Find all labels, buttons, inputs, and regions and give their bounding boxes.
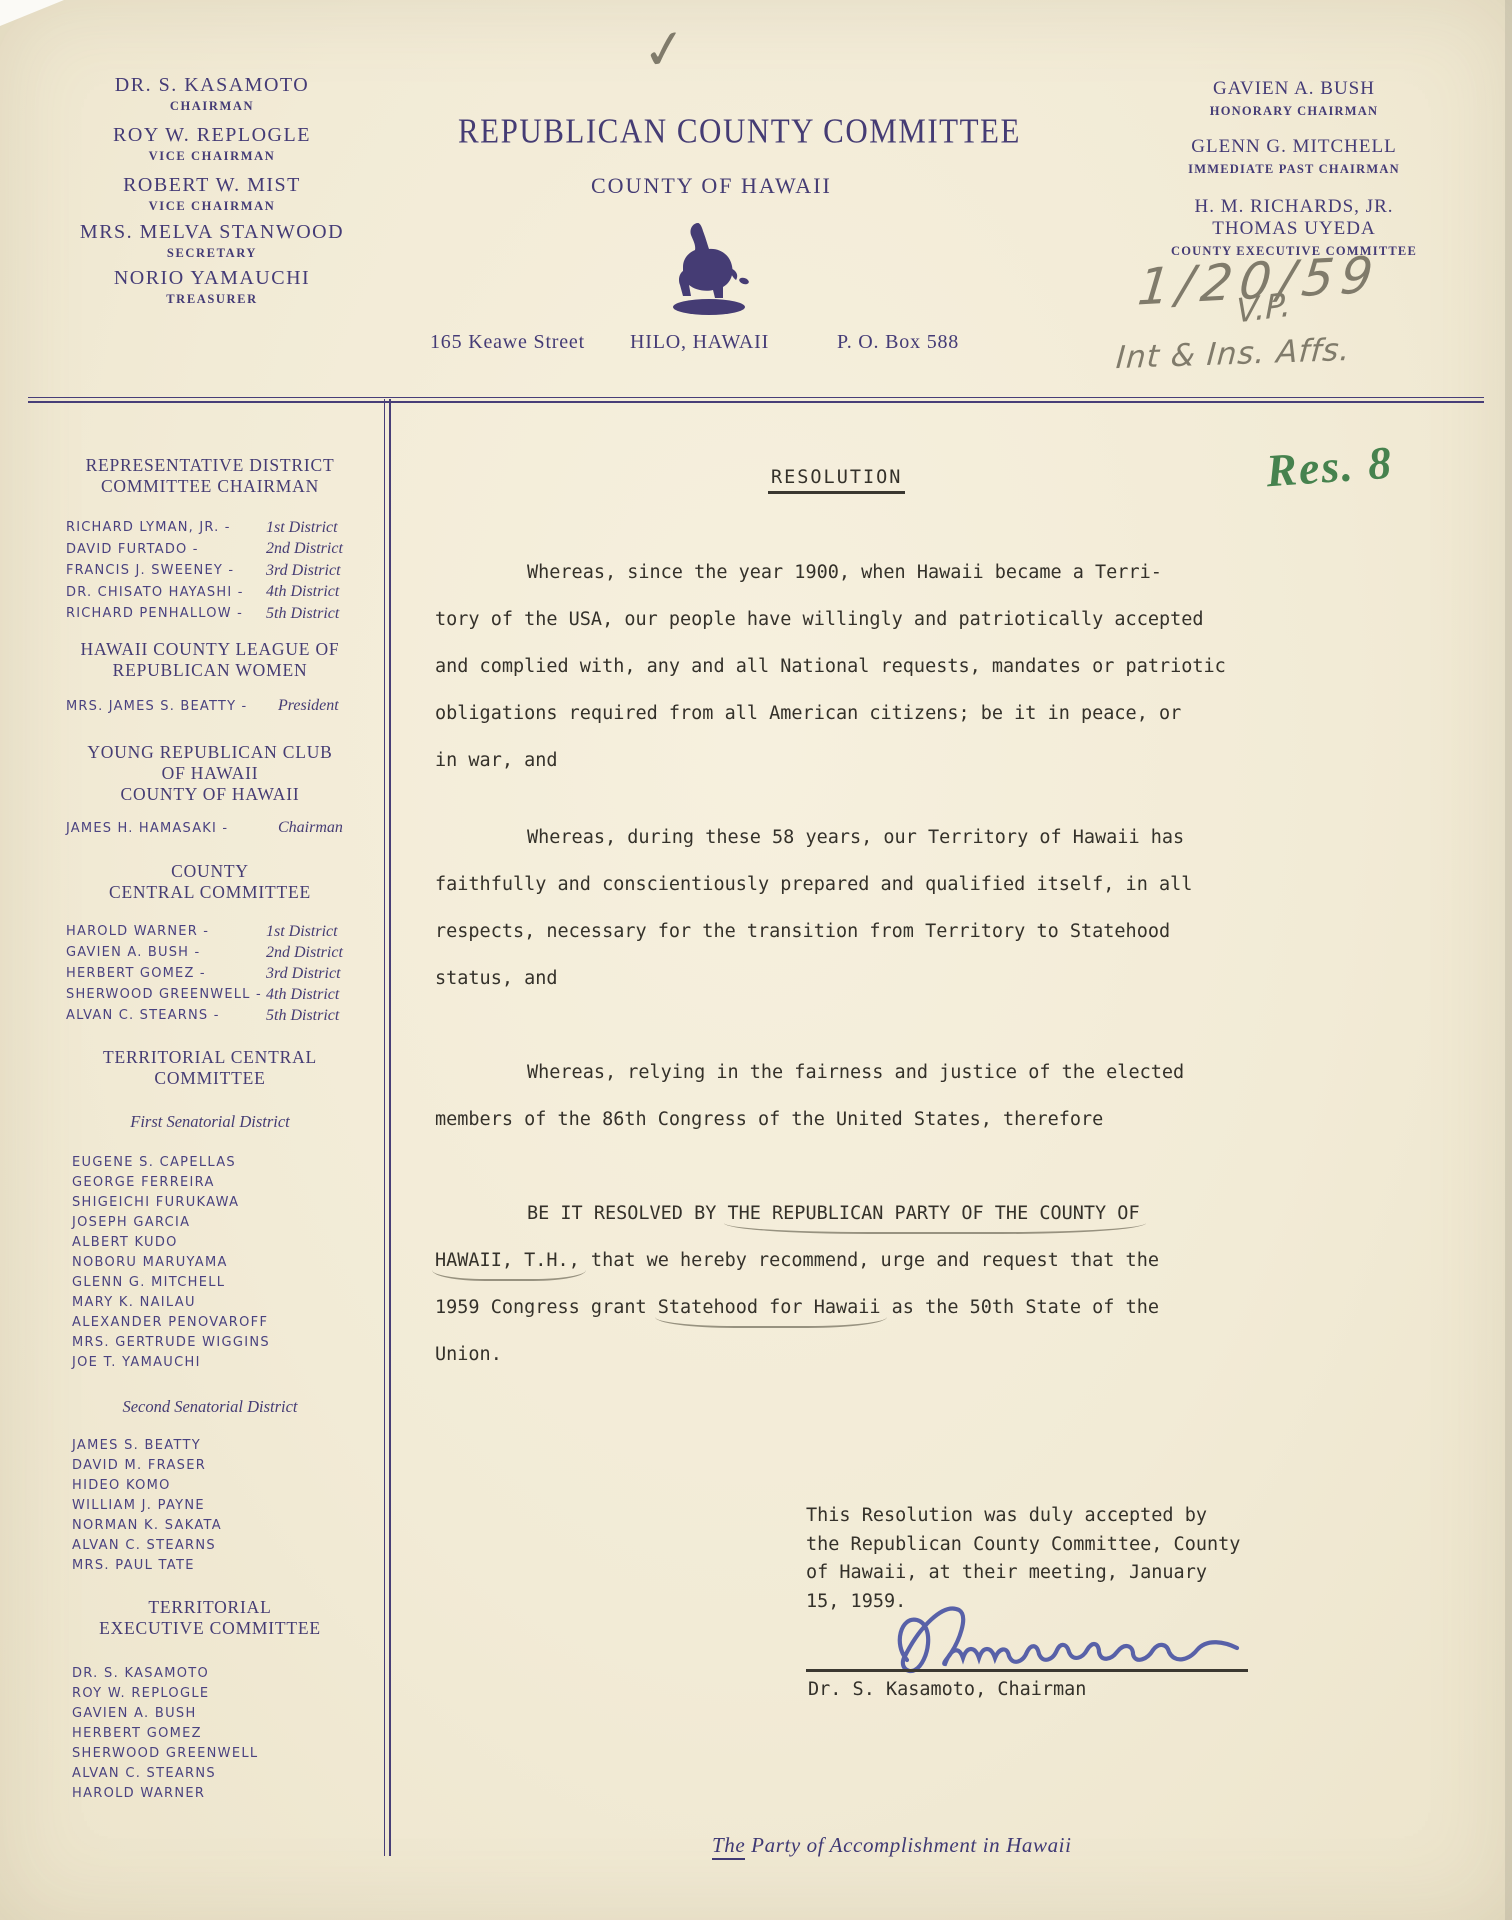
member-name: MARY K. NAILAU	[30, 1292, 390, 1312]
member-name: SHERWOOD GREENWELL	[30, 1743, 390, 1763]
typed-line: members of the 86th Congress of the Unit…	[435, 1096, 1245, 1143]
officer-entry: GAVIEN A. BUSH HONORARY CHAIRMAN	[1128, 78, 1460, 120]
member-name: MRS. GERTRUDE WIGGINS	[30, 1332, 390, 1352]
member-name: HAROLD WARNER -	[66, 924, 266, 939]
member-name: JOE T. YAMAUCHI	[30, 1352, 390, 1372]
sidebar-league-row: MRS. JAMES S. BEATTY -President	[30, 695, 390, 717]
officer-title: VICE CHAIRMAN	[40, 197, 384, 216]
member-name: ALVAN C. STEARNS	[30, 1763, 390, 1783]
heading-line: COMMITTEE CHAIRMAN	[30, 476, 390, 497]
member-name: FRANCIS J. SWEENEY -	[66, 563, 266, 578]
officer-entry: ROY W. REPLOGLE VICE CHAIRMAN	[40, 123, 384, 166]
member-name: MRS. JAMES S. BEATTY -	[66, 699, 278, 714]
district-label: 4th District	[266, 986, 339, 1004]
member-name: HAROLD WARNER	[30, 1783, 390, 1803]
typed-text: BE IT RESOLVED BY	[527, 1203, 727, 1224]
member-name: SHIGEICHI FURUKAWA	[30, 1192, 390, 1212]
member-name: NORMAN K. SAKATA	[30, 1515, 390, 1535]
document-page: ✓ DR. S. KASAMOTO CHAIRMAN ROY W. REPLOG…	[0, 0, 1512, 1920]
committee-subtitle: COUNTY OF HAWAII	[591, 173, 832, 199]
sidebar-heading-young-republican: YOUNG REPUBLICAN CLUB OF HAWAII COUNTY O…	[30, 742, 390, 805]
district-label: 3rd District	[266, 965, 341, 983]
member-name: DR. S. KASAMOTO	[30, 1663, 390, 1683]
typed-text: 1959 Congress grant	[435, 1297, 658, 1318]
elephant-logo-icon	[668, 220, 752, 316]
typed-line: BE IT RESOLVED BY THE REPUBLICAN PARTY O…	[435, 1190, 1245, 1237]
heading-line: HAWAII COUNTY LEAGUE OF	[30, 639, 390, 660]
district-label: 3rd District	[266, 562, 341, 580]
member-name: EUGENE S. CAPELLAS	[30, 1152, 390, 1172]
typed-line: of Hawaii, at their meeting, January	[806, 1559, 1276, 1588]
district-row: FRANCIS J. SWEENEY -3rd District	[30, 560, 390, 582]
paragraph-1: Whereas, since the year 1900, when Hawai…	[435, 549, 1245, 784]
officer-name: GLENN G. MITCHELL	[1128, 136, 1460, 158]
typed-line: Whereas, relying in the fairness and jus…	[435, 1049, 1245, 1096]
signatory-name: Dr. S. Kasamoto, Chairman	[808, 1677, 1086, 1703]
heading-line: TERRITORIAL CENTRAL	[30, 1047, 390, 1068]
member-name: MRS. PAUL TATE	[30, 1555, 390, 1575]
member-name: GAVIEN A. BUSH -	[66, 945, 266, 960]
heading-line: REPUBLICAN WOMEN	[30, 660, 390, 681]
sidebar-yrc-row: JAMES H. HAMASAKI -Chairman	[30, 817, 390, 839]
district-row: RICHARD LYMAN, JR. -1st District	[30, 517, 390, 539]
officer-entry: GLENN G. MITCHELL IMMEDIATE PAST CHAIRMA…	[1128, 136, 1460, 178]
officer-entry: ROBERT W. MIST VICE CHAIRMAN	[40, 173, 384, 216]
district-label: 2nd District	[266, 540, 343, 558]
officer-name: NORIO YAMAUCHI	[40, 266, 384, 290]
sidebar-representative-rows: RICHARD LYMAN, JR. -1st District DAVID F…	[30, 517, 390, 625]
officer-title: SECRETARY	[40, 244, 384, 263]
district-row: DR. CHISATO HAYASHI -4th District	[30, 582, 390, 604]
officer-title: VICE CHAIRMAN	[40, 147, 384, 166]
signature-rule	[806, 1669, 1248, 1672]
member-name: GLENN G. MITCHELL	[30, 1272, 390, 1292]
member-name: ALEXANDER PENOVAROFF	[30, 1312, 390, 1332]
heading-line: COUNTY OF HAWAII	[30, 784, 390, 805]
motto-underlined-word: The	[712, 1833, 745, 1860]
officer-row: MRS. JAMES S. BEATTY -President	[30, 695, 390, 717]
resolution-number-annotation: Res. 8	[1264, 436, 1394, 498]
left-officers: DR. S. KASAMOTO CHAIRMAN ROY W. REPLOGLE…	[40, 0, 384, 330]
first-senatorial-label: First Senatorial District	[30, 1111, 390, 1133]
officer-name: ROY W. REPLOGLE	[40, 123, 384, 147]
pencil-underlined-text: Statehood for Hawaii	[658, 1297, 881, 1318]
paragraph-3: Whereas, relying in the fairness and jus…	[435, 1049, 1245, 1143]
typed-line: tory of the USA, our people have willing…	[435, 596, 1245, 643]
member-name: HERBERT GOMEZ	[30, 1723, 390, 1743]
member-name: ALVAN C. STEARNS	[30, 1535, 390, 1555]
address-city: HILO, HAWAII	[630, 331, 769, 354]
scan-edge	[1505, 0, 1512, 1920]
typed-line: faithfully and conscientiously prepared …	[435, 861, 1245, 908]
pencil-underlined-text: HAWAII, T.H.,	[435, 1250, 580, 1271]
member-name: JOSEPH GARCIA	[30, 1212, 390, 1232]
heading-line: OF HAWAII	[30, 763, 390, 784]
district-row: HERBERT GOMEZ -3rd District	[30, 963, 390, 984]
officer-name: GAVIEN A. BUSH	[1128, 78, 1460, 100]
horizontal-rule	[28, 397, 1484, 403]
second-senatorial-names: JAMES S. BEATTY DAVID M. FRASER HIDEO KO…	[30, 1435, 390, 1575]
role-label: President	[278, 697, 339, 715]
member-name: ALVAN C. STEARNS -	[66, 1008, 266, 1023]
member-name: ALBERT KUDO	[30, 1232, 390, 1252]
officer-name: MRS. MELVA STANWOOD	[40, 220, 384, 244]
first-senatorial-names: EUGENE S. CAPELLAS GEORGE FERREIRA SHIGE…	[30, 1152, 390, 1372]
typed-text: as the 50th State of the	[881, 1297, 1159, 1318]
typed-line: status, and	[435, 955, 1245, 1002]
typed-line: respects, necessary for the transition f…	[435, 908, 1245, 955]
member-name: GEORGE FERREIRA	[30, 1172, 390, 1192]
member-name: HIDEO KOMO	[30, 1475, 390, 1495]
typed-line: HAWAII, T.H., that we hereby recommend, …	[435, 1237, 1245, 1284]
member-name: ROY W. REPLOGLE	[30, 1683, 390, 1703]
heading-line: CENTRAL COMMITTEE	[30, 882, 390, 903]
member-name: GAVIEN A. BUSH	[30, 1703, 390, 1723]
handwritten-vp-note: V.P.	[1236, 284, 1291, 330]
district-label: 1st District	[266, 923, 338, 941]
member-name: DAVID M. FRASER	[30, 1455, 390, 1475]
officer-title: CHAIRMAN	[40, 97, 384, 116]
typed-line: the Republican County Committee, County	[806, 1531, 1276, 1560]
committee-title: REPUBLICAN COUNTY COMMITTEE	[458, 111, 1021, 151]
district-row: GAVIEN A. BUSH -2nd District	[30, 942, 390, 963]
sidebar-heading-territorial-central: TERRITORIAL CENTRAL COMMITTEE	[30, 1047, 390, 1089]
typed-line: 1959 Congress grant Statehood for Hawaii…	[435, 1284, 1245, 1331]
officer-name: ROBERT W. MIST	[40, 173, 384, 197]
second-senatorial-label: Second Senatorial District	[30, 1396, 390, 1418]
pencil-underlined-text: THE REPUBLICAN PARTY OF THE COUNTY OF	[727, 1203, 1139, 1224]
district-row: RICHARD PENHALLOW -5th District	[30, 603, 390, 625]
sidebar-heading-representative: REPRESENTATIVE DISTRICT COMMITTEE CHAIRM…	[30, 455, 390, 497]
officer-name: THOMAS UYEDA	[1128, 218, 1460, 240]
typed-text: that we hereby recommend, urge and reque…	[580, 1250, 1159, 1271]
member-name: JAMES H. HAMASAKI -	[66, 821, 278, 836]
sidebar-heading-county-central: COUNTY CENTRAL COMMITTEE	[30, 861, 390, 903]
district-label: 2nd District	[266, 944, 343, 962]
typed-line: Whereas, during these 58 years, our Terr…	[435, 814, 1245, 861]
member-name: RICHARD PENHALLOW -	[66, 606, 266, 621]
officer-title: HONORARY CHAIRMAN	[1128, 102, 1460, 120]
role-label: Chairman	[278, 819, 343, 837]
officer-entry: MRS. MELVA STANWOOD SECRETARY	[40, 220, 384, 263]
member-name: JAMES S. BEATTY	[30, 1435, 390, 1455]
district-row: DAVID FURTADO -2nd District	[30, 539, 390, 561]
party-motto: The Party of Accomplishment in Hawaii	[712, 1833, 1072, 1858]
heading-line: REPRESENTATIVE DISTRICT	[30, 455, 390, 476]
executive-committee-names: DR. S. KASAMOTO ROY W. REPLOGLE GAVIEN A…	[30, 1663, 390, 1803]
handwritten-office-note: Int & Ins. Affs.	[1115, 332, 1352, 376]
district-row: SHERWOOD GREENWELL -4th District	[30, 984, 390, 1005]
heading-line: COUNTY	[30, 861, 390, 882]
heading-line: YOUNG REPUBLICAN CLUB	[30, 742, 390, 763]
district-row: ALVAN C. STEARNS -5th District	[30, 1005, 390, 1026]
motto-text: Party of Accomplishment in Hawaii	[745, 1833, 1071, 1857]
typed-line: Whereas, since the year 1900, when Hawai…	[435, 549, 1245, 596]
typed-line: Union.	[435, 1331, 1245, 1378]
sidebar-county-rows: HAROLD WARNER -1st District GAVIEN A. BU…	[30, 921, 390, 1026]
officer-name: H. M. RICHARDS, JR.	[1128, 196, 1460, 218]
typed-line: and complied with, any and all National …	[435, 643, 1245, 690]
address-pobox: P. O. Box 588	[837, 331, 959, 354]
officer-title: TREASURER	[40, 290, 384, 309]
heading-line: COMMITTEE	[30, 1068, 390, 1089]
officer-row: JAMES H. HAMASAKI -Chairman	[30, 817, 390, 839]
district-row: HAROLD WARNER -1st District	[30, 921, 390, 942]
sidebar-heading-league: HAWAII COUNTY LEAGUE OF REPUBLICAN WOMEN	[30, 639, 390, 681]
member-name: RICHARD LYMAN, JR. -	[66, 520, 266, 535]
district-label: 1st District	[266, 519, 338, 537]
district-label: 5th District	[266, 605, 339, 623]
heading-line: TERRITORIAL	[30, 1597, 390, 1618]
heading-line: EXECUTIVE COMMITTEE	[30, 1618, 390, 1639]
district-label: 4th District	[266, 583, 339, 601]
sidebar-heading-territorial-executive: TERRITORIAL EXECUTIVE COMMITTEE	[30, 1597, 390, 1639]
officer-title: IMMEDIATE PAST CHAIRMAN	[1128, 160, 1460, 178]
officer-name: DR. S. KASAMOTO	[40, 73, 384, 97]
typed-line: This Resolution was duly accepted by	[806, 1502, 1276, 1531]
member-name: HERBERT GOMEZ -	[66, 966, 266, 981]
district-label: 5th District	[266, 1007, 339, 1025]
member-name: WILLIAM J. PAYNE	[30, 1495, 390, 1515]
member-name: NOBORU MARUYAMA	[30, 1252, 390, 1272]
member-name: DAVID FURTADO -	[66, 542, 266, 557]
paragraph-2: Whereas, during these 58 years, our Terr…	[435, 814, 1245, 1002]
member-name: SHERWOOD GREENWELL -	[66, 987, 266, 1002]
officer-entry: DR. S. KASAMOTO CHAIRMAN	[40, 73, 384, 116]
pencil-checkmark: ✓	[638, 15, 692, 84]
paragraph-resolved: BE IT RESOLVED BY THE REPUBLICAN PARTY O…	[435, 1190, 1245, 1378]
typed-line: in war, and	[435, 737, 1245, 784]
member-name: DR. CHISATO HAYASHI -	[66, 585, 266, 600]
typed-line: obligations required from all American c…	[435, 690, 1245, 737]
officer-entry: NORIO YAMAUCHI TREASURER	[40, 266, 384, 309]
resolution-title: RESOLUTION	[768, 467, 905, 494]
address-street: 165 Keawe Street	[430, 331, 585, 354]
